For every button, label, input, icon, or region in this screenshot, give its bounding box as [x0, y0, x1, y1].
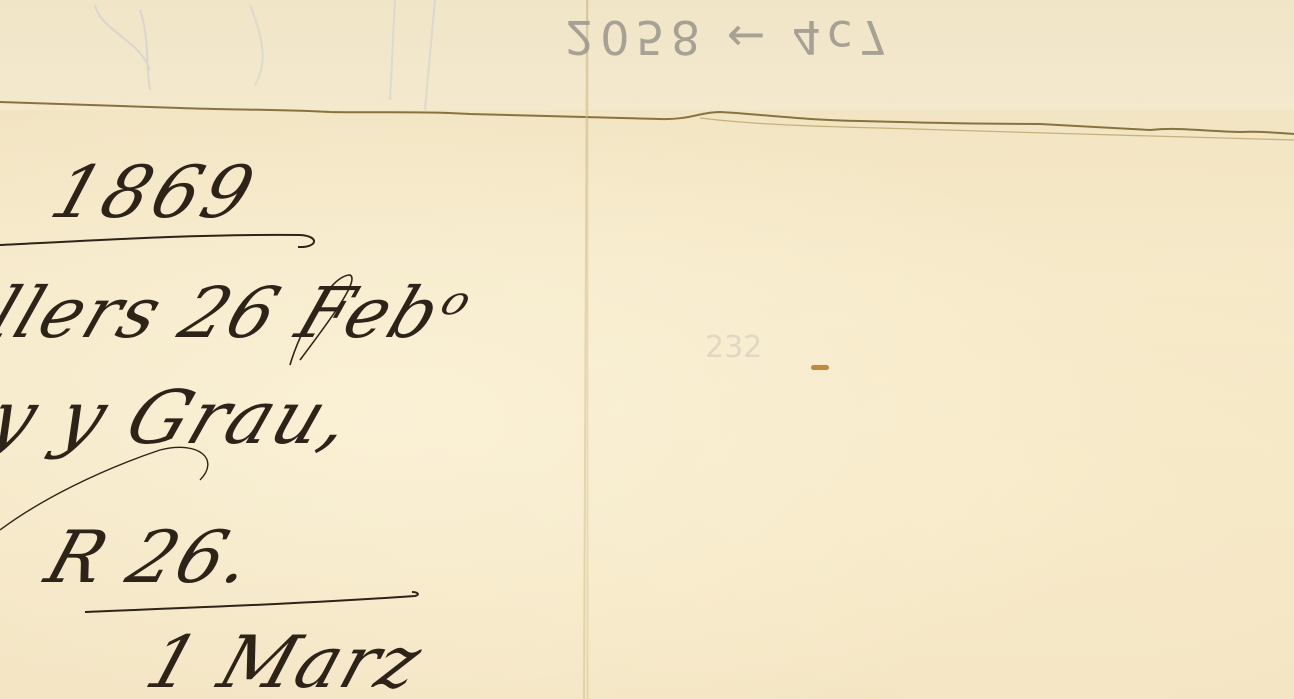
handwritten-line-1: llers 26 Febᵒ — [0, 272, 482, 354]
pencil-annotation-faint: 232 — [705, 330, 762, 365]
vertical-fold-line — [586, 0, 589, 699]
handwritten-line-3: R 26. — [36, 515, 265, 599]
pencil-annotation-top: 2058 ← 4c7 — [565, 10, 894, 64]
ink-stain — [811, 365, 829, 370]
handwritten-line-4: 1 Marz — [136, 620, 433, 699]
handwritten-year: 1869 — [41, 150, 268, 234]
handwritten-line-2: y y Grau, — [0, 375, 366, 461]
